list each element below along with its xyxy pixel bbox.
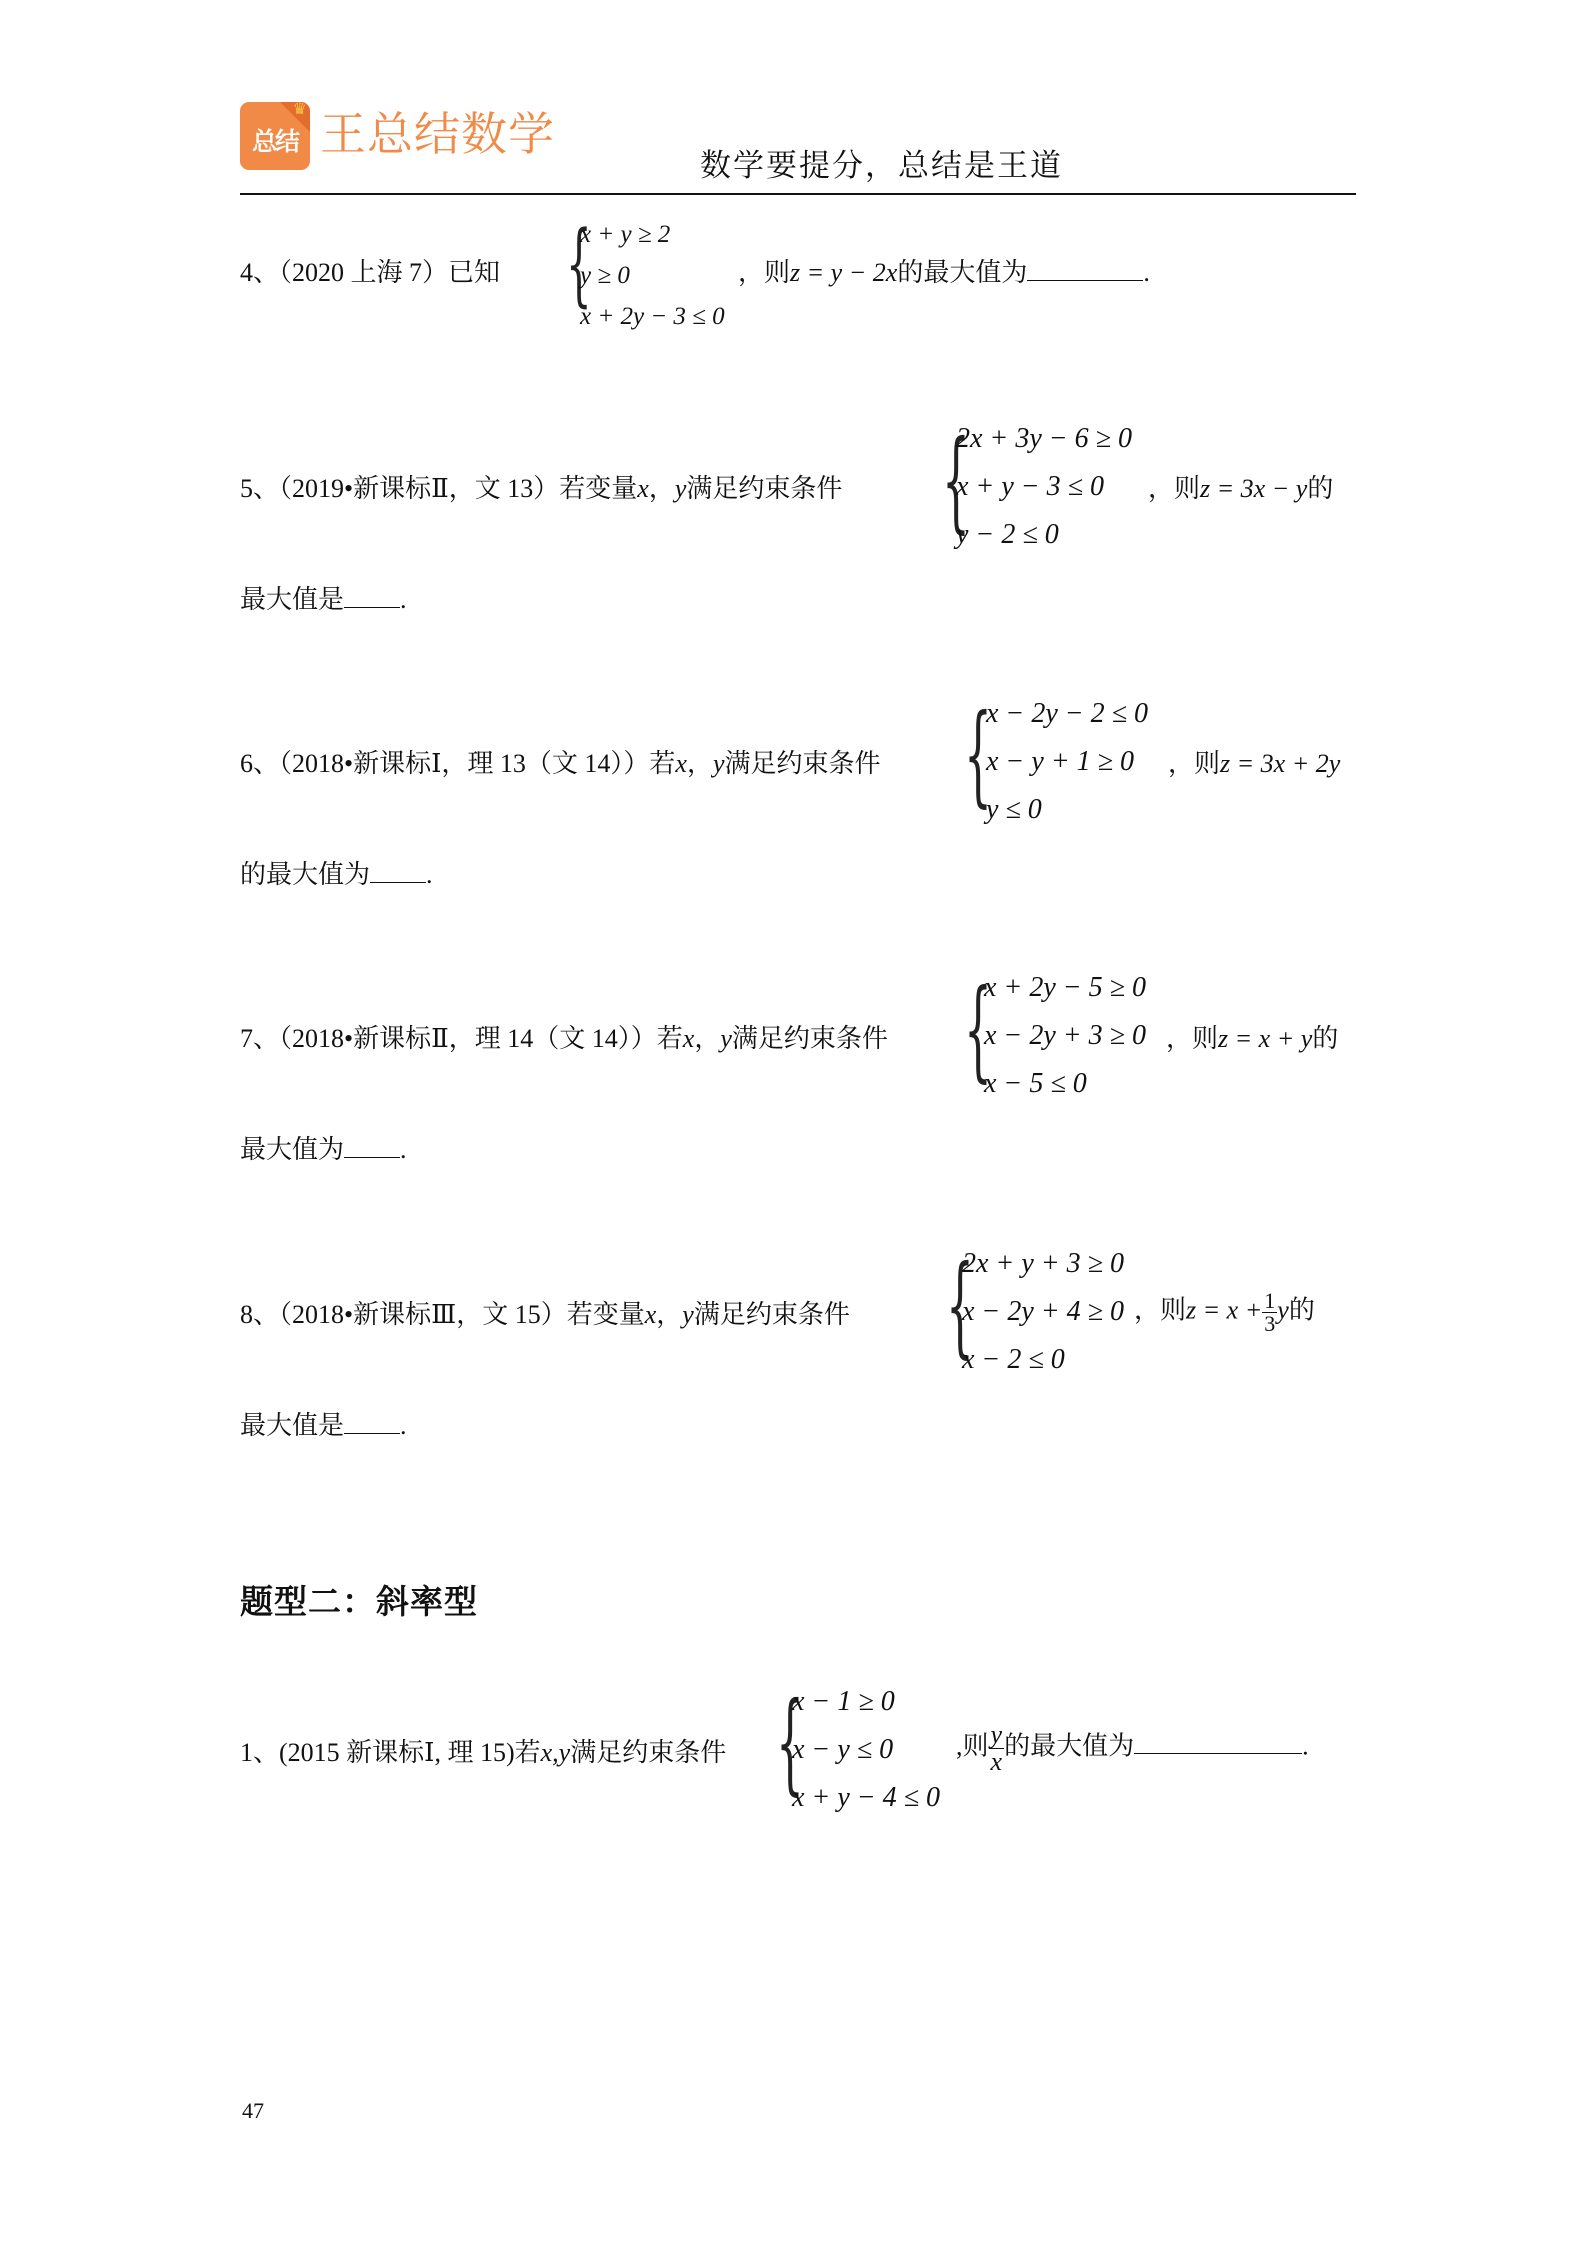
- constraint-system: 2x + 3y − 6 ≥ 0 x + y − 3 ≤ 0 y − 2 ≤ 0: [956, 415, 1132, 559]
- problem-8-objective: ，则z = x +13y的: [1134, 1290, 1315, 1335]
- problem-7-line2: 最大值为.: [240, 1135, 407, 1165]
- constraint: x − 1 ≥ 0: [792, 1678, 940, 1726]
- problem-4: 4、（2020 上海 7）已知: [240, 258, 500, 288]
- problem-6-objective: ，则z = 3x + 2y: [1168, 749, 1340, 779]
- constraint: x − y + 1 ≥ 0: [986, 738, 1148, 786]
- problem-source: （2018•新课标Ⅱ，理 14（文 14））若: [279, 1024, 683, 1053]
- constraint: y ≤ 0: [986, 786, 1148, 834]
- answer-blank[interactable]: [344, 603, 400, 608]
- problem-6-line2: 的最大值为.: [240, 860, 433, 890]
- problem-8-line2: 最大值是.: [240, 1411, 407, 1441]
- constraint-system: x + 2y − 5 ≥ 0 x − 2y + 3 ≥ 0 x − 5 ≤ 0: [984, 964, 1146, 1108]
- problem-5: 5、（2019•新课标Ⅱ，文 13）若变量x，y满足约束条件: [240, 474, 842, 504]
- section2-problem-1-objective: ,则yx的最大值为.: [956, 1722, 1309, 1775]
- fraction-y-over-x: yx: [989, 1722, 1005, 1775]
- problem-7: 7、（2018•新课标Ⅱ，理 14（文 14））若x，y满足约束条件: [240, 1024, 888, 1054]
- problem-source: （2020 上海 7）已知: [279, 258, 500, 287]
- problem-6: 6、（2018•新课标Ⅰ，理 13（文 14））若x，y满足约束条件: [240, 749, 881, 779]
- constraint: y − 2 ≤ 0: [956, 511, 1132, 559]
- problem-number: 4、: [240, 258, 279, 287]
- problem-source: （2019•新课标Ⅱ，文 13）若变量: [279, 474, 637, 503]
- constraint-system: x + y ≥ 2 y ≥ 0 x + 2y − 3 ≤ 0: [580, 214, 725, 337]
- objective-function: z = x + y: [1218, 1024, 1312, 1053]
- fraction-one-third: 13: [1262, 1290, 1277, 1335]
- constraint: x − y ≤ 0: [792, 1726, 940, 1774]
- page-number: 47: [242, 2098, 264, 2124]
- problem-4-objective: ，则z = y − 2x的最大值为.: [738, 258, 1150, 288]
- section-title: 题型二：斜率型: [240, 1576, 478, 1623]
- constraint: x + y ≥ 2: [580, 214, 725, 255]
- objective-function: z = 3x + 2y: [1220, 749, 1340, 778]
- objective-function: z = y − 2x: [790, 258, 897, 287]
- header-slogan: 数学要提分，总结是王道: [700, 140, 1063, 185]
- logo-badge: ♛ 总结: [240, 102, 310, 170]
- constraint: x + y − 3 ≤ 0: [956, 463, 1132, 511]
- logo-badge-text: 总结: [242, 122, 308, 158]
- header-divider: [240, 193, 1356, 195]
- objective-function: z = x +: [1186, 1295, 1262, 1324]
- constraint: x − 2y − 2 ≤ 0: [986, 690, 1148, 738]
- answer-blank[interactable]: [344, 1429, 400, 1434]
- problem-source: （2018•新课标Ⅰ，理 13（文 14））若: [279, 749, 675, 778]
- problem-7-objective: ，则z = x + y的: [1166, 1024, 1338, 1054]
- problem-source: （2018•新课标Ⅲ，文 15）若变量: [279, 1300, 645, 1329]
- constraint: 2x + 3y − 6 ≥ 0: [956, 415, 1132, 463]
- constraint: y ≥ 0: [580, 255, 725, 296]
- brand-name: 王总结数学: [320, 104, 555, 164]
- constraint: x − 5 ≤ 0: [984, 1060, 1146, 1108]
- answer-blank[interactable]: [344, 1153, 400, 1158]
- problem-5-line2: 最大值是.: [240, 585, 407, 615]
- answer-blank[interactable]: [370, 878, 426, 883]
- problem-5-objective: ，则z = 3x − y的: [1148, 474, 1333, 504]
- answer-blank[interactable]: [1027, 276, 1143, 281]
- problem-source: (2015 新课标Ⅰ, 理 15)若: [279, 1738, 541, 1767]
- constraint-system: x − 1 ≥ 0 x − y ≤ 0 x + y − 4 ≤ 0: [792, 1678, 940, 1822]
- objective-function: z = 3x − y: [1200, 474, 1307, 503]
- problem-8: 8、（2018•新课标Ⅲ，文 15）若变量x，y满足约束条件: [240, 1300, 850, 1330]
- constraint: 2x + y + 3 ≥ 0: [962, 1240, 1124, 1288]
- crown-icon: ♛: [293, 102, 307, 118]
- section2-problem-1: 1、(2015 新课标Ⅰ, 理 15)若x,y满足约束条件: [240, 1738, 726, 1768]
- constraint: x + 2y − 5 ≥ 0: [984, 964, 1146, 1012]
- answer-blank[interactable]: [1134, 1749, 1302, 1754]
- constraint: x + y − 4 ≤ 0: [792, 1774, 940, 1822]
- constraint: x − 2 ≤ 0: [962, 1336, 1124, 1384]
- constraint-system: x − 2y − 2 ≤ 0 x − y + 1 ≥ 0 y ≤ 0: [986, 690, 1148, 834]
- constraint: x − 2y + 3 ≥ 0: [984, 1012, 1146, 1060]
- constraint-system: 2x + y + 3 ≥ 0 x − 2y + 4 ≥ 0 x − 2 ≤ 0: [962, 1240, 1124, 1384]
- constraint: x + 2y − 3 ≤ 0: [580, 296, 725, 337]
- constraint: x − 2y + 4 ≥ 0: [962, 1288, 1124, 1336]
